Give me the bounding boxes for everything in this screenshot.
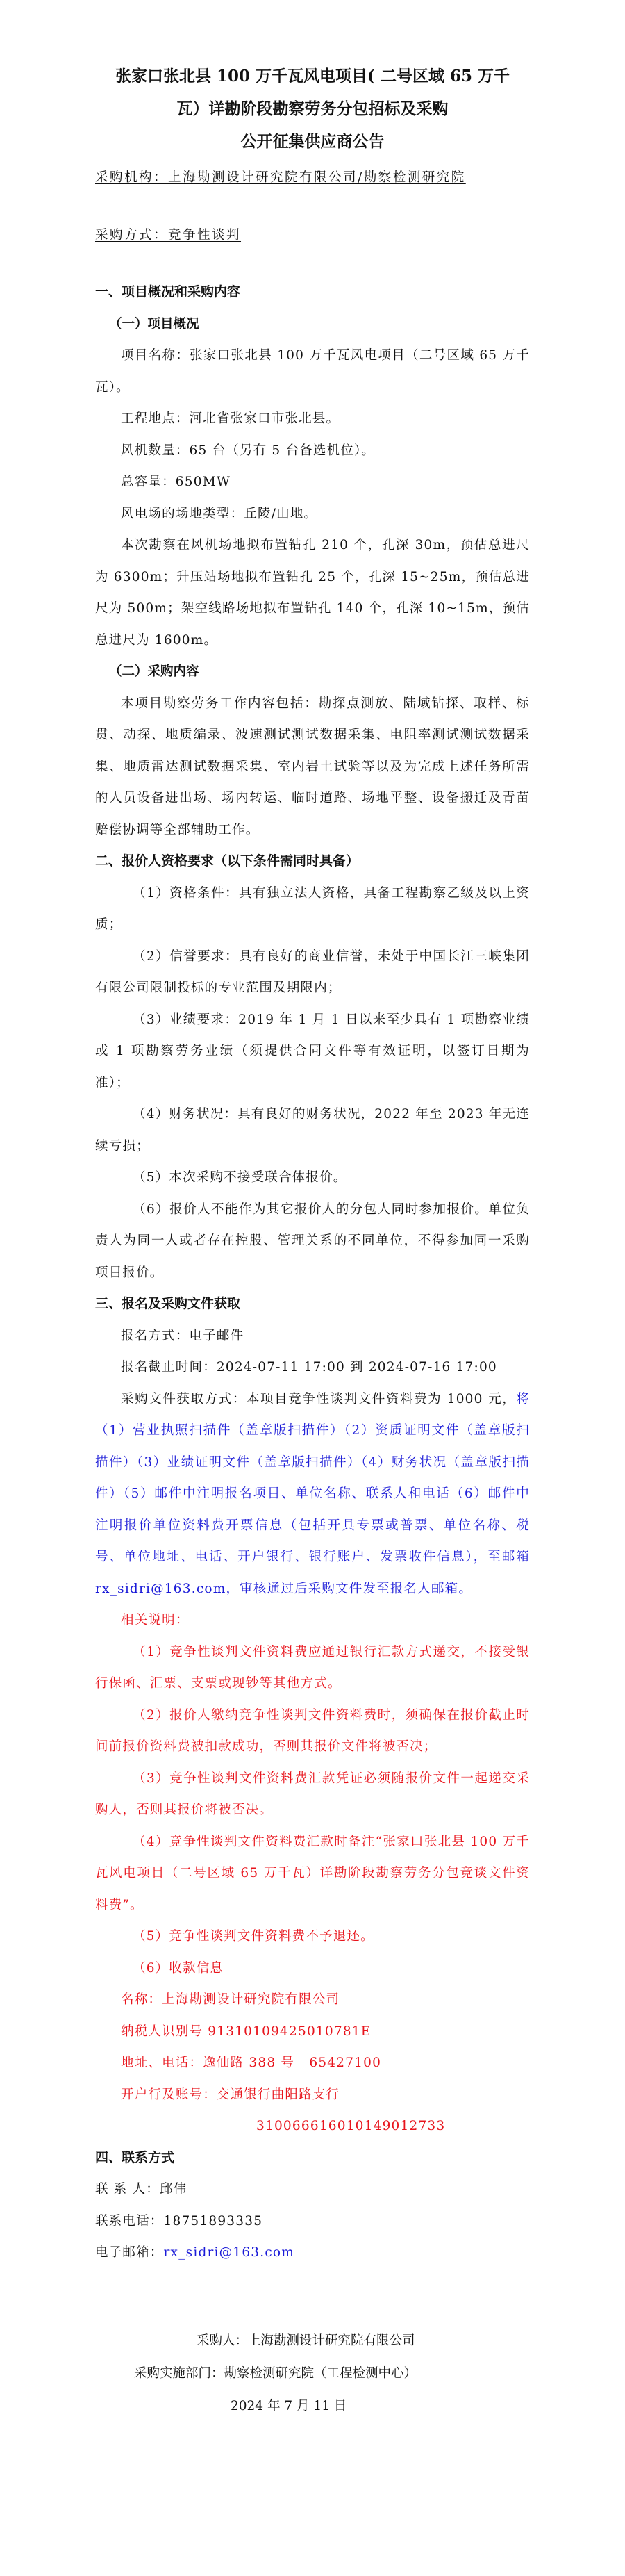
section-1-1-heading: （一）项目概况 [95,309,530,341]
registration-email-link[interactable]: rx_sidri@163.com [95,1582,226,1596]
qualification-item: （1）资格条件：具有独立法人资格，具备工程勘察乙级及以上资质； [95,878,530,941]
qualification-item: （6）报价人不能作为其它报价人的分包人同时参加报价。单位负责人为同一人或者存在控… [95,1194,530,1289]
page-title: 张家口张北县 100 万千瓦风电项目( 二号区域 65 万千 瓦）详勘阶段勘察劳… [95,60,530,158]
qualification-item: （3）业绩要求：2019 年 1 月 1 日以来至少具有 1 项勘察业绩或 1 … [95,1004,530,1099]
site-type: 风电场的场地类型：丘陵/山地。 [95,498,530,530]
purchaser: 采购人：上海勘测设计研究院有限公司 [95,2324,530,2357]
signup-method: 报名方式：电子邮件 [95,1320,530,1352]
announcement-document: 张家口张北县 100 万千瓦风电项目( 二号区域 65 万千 瓦）详勘阶段勘察劳… [95,60,530,2422]
document-acquisition: 采购文件获取方式：本项目竞争性谈判文件资料费为 1000 元，将（1）营业执照扫… [95,1384,530,1605]
section-2-heading: 二、报价人资格要求（以下条件需同时具备） [95,846,530,878]
note-item: （2）报价人缴纳竞争性谈判文件资料费时，须确保在报价截止时间前报价资料费被扣款成… [95,1700,530,1763]
total-capacity: 总容量：650MW [95,466,530,498]
project-location: 工程地点：河北省张家口市张北县。 [95,403,530,435]
payee-tax-id: 纳税人识别号 91310109425010781E [95,2016,530,2048]
qualification-item: （4）财务状况：具有良好的财务状况，2022 年至 2023 年无连续亏损； [95,1099,530,1162]
qualification-item: （5）本次采购不接受联合体报价。 [95,1162,530,1194]
contact-email-link[interactable]: rx_sidri@163.com [164,2245,294,2260]
payee-account: 310066616010149012733 [95,2110,530,2142]
qualification-item: （2）信誉要求：具有良好的商业信誉，未处于中国长江三峡集团有限公司限制投标的专业… [95,941,530,1004]
procurement-content: 本项目勘察劳务工作内容包括：勘探点测放、陆域钻探、取样、标贯、动探、地质编录、波… [95,688,530,846]
note-item: （5）竞争性谈判文件资料费不予退还。 [95,1921,530,1953]
section-1-2-heading: （二）采购内容 [95,656,530,688]
payee-bank: 开户行及账号：交通银行曲阳路支行 [95,2079,530,2111]
contact-email: 电子邮箱：rx_sidri@163.com [95,2237,530,2269]
payee-address-phone: 地址、电话：逸仙路 388 号 65427100 [95,2047,530,2079]
turbine-count: 风机数量：65 台（另有 5 台备选机位）。 [95,435,530,467]
title-line-2: 瓦）详勘阶段勘察劳务分包招标及采购 [95,92,530,125]
drilling-plan: 本次勘察在风机场地拟布置钻孔 210 个，孔深 30m，预估总进尺为 6300m… [95,530,530,656]
signature-block: 采购人：上海勘测设计研究院有限公司 采购实施部门：勘察检测研究院（工程检测中心）… [95,2324,530,2422]
notes-heading: 相关说明： [95,1605,530,1636]
procurement-agency: 采购机构：上海勘测设计研究院有限公司/勘察检测研究院 [95,162,530,194]
note-item: （3）竞争性谈判文件资料费汇款凭证必须随报价文件一起递交采购人，否则其报价将被否… [95,1763,530,1826]
title-line-1: 张家口张北县 100 万千瓦风电项目( 二号区域 65 万千 [95,60,530,92]
procurement-method: 采购方式：竞争性谈判 [95,220,530,252]
section-4-heading: 四、联系方式 [95,2142,530,2174]
implementing-department: 采购实施部门：勘察检测研究院（工程检测中心） [95,2357,530,2390]
contact-phone: 联系电话：18751893335 [95,2206,530,2238]
note-item: （1）竞争性谈判文件资料费应通过银行汇款方式递交，不接受银行保函、汇票、支票或现… [95,1636,530,1700]
section-1-heading: 一、项目概况和采购内容 [95,277,530,309]
announcement-date: 2024 年 7 月 11 日 [95,2390,530,2422]
payee-name: 名称：上海勘测设计研究院有限公司 [95,1984,530,2016]
title-line-3: 公开征集供应商公告 [95,125,530,158]
note-item: （6）收款信息 [95,1953,530,1985]
project-name: 项目名称：张家口张北县 100 万千瓦风电项目（二号区域 65 万千瓦）。 [95,340,530,403]
section-3-heading: 三、报名及采购文件获取 [95,1288,530,1320]
contact-person: 联 系 人：邱伟 [95,2174,530,2206]
signup-deadline: 报名截止时间：2024-07-11 17:00 到 2024-07-16 17:… [95,1352,530,1384]
note-item: （4）竞争性谈判文件资料费汇款时备注“张家口张北县 100 万千瓦风电项目（二号… [95,1826,530,1921]
